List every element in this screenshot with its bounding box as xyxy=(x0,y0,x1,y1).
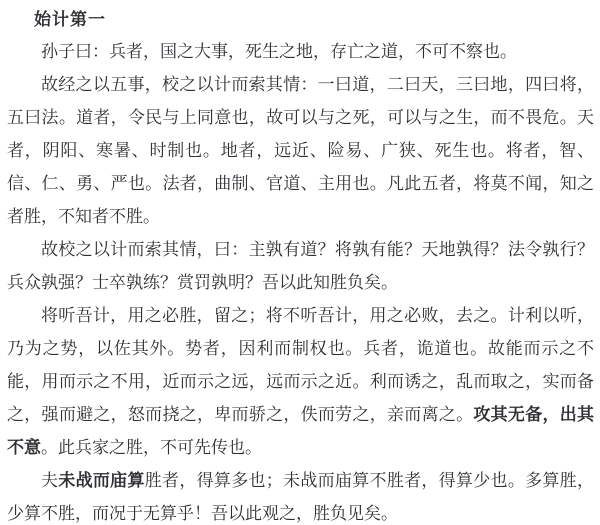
article-body: 孙子曰：兵者，国之大事，死生之地，存亡之道，不可不察也。故经之以五事，校之以计而… xyxy=(7,35,594,525)
paragraph: 夫未战而庙算胜者，得算多也；未战而庙算不胜者，得算少也。多算胜，少算不胜，而况于… xyxy=(7,464,594,525)
paragraph: 故经之以五事，校之以计而索其情：一曰道，二曰天，三曰地，四曰将，五曰法。道者，令… xyxy=(7,68,594,233)
paragraph: 将听吾计，用之必胜，留之；将不听吾计，用之必败，去之。计利以听，乃为之势，以佐其… xyxy=(7,299,594,464)
paragraph: 孙子曰：兵者，国之大事，死生之地，存亡之道，不可不察也。 xyxy=(7,35,594,68)
chapter-title: 始计第一 xyxy=(34,7,594,33)
paragraph: 故校之以计而索其情，曰：主孰有道？将孰有能？天地孰得？法令孰行？兵众孰强？士卒孰… xyxy=(7,233,594,299)
text-segment: 。此兵家之胜，不可先传也。 xyxy=(41,438,262,457)
emphasized-text: 未战而庙算 xyxy=(58,471,144,490)
text-segment: 夫 xyxy=(41,471,58,490)
text-segment: 孙子曰：兵者，国之大事，死生之地，存亡之道，不可不察也。 xyxy=(41,42,517,61)
document-page: 始计第一 孙子曰：兵者，国之大事，死生之地，存亡之道，不可不察也。故经之以五事，… xyxy=(0,0,600,525)
text-segment: 故校之以计而索其情，曰：主孰有道？将孰有能？天地孰得？法令孰行？兵众孰强？士卒孰… xyxy=(7,240,594,292)
text-segment: 故经之以五事，校之以计而索其情：一曰道，二曰天，三曰地，四曰将，五曰法。道者，令… xyxy=(7,75,594,226)
